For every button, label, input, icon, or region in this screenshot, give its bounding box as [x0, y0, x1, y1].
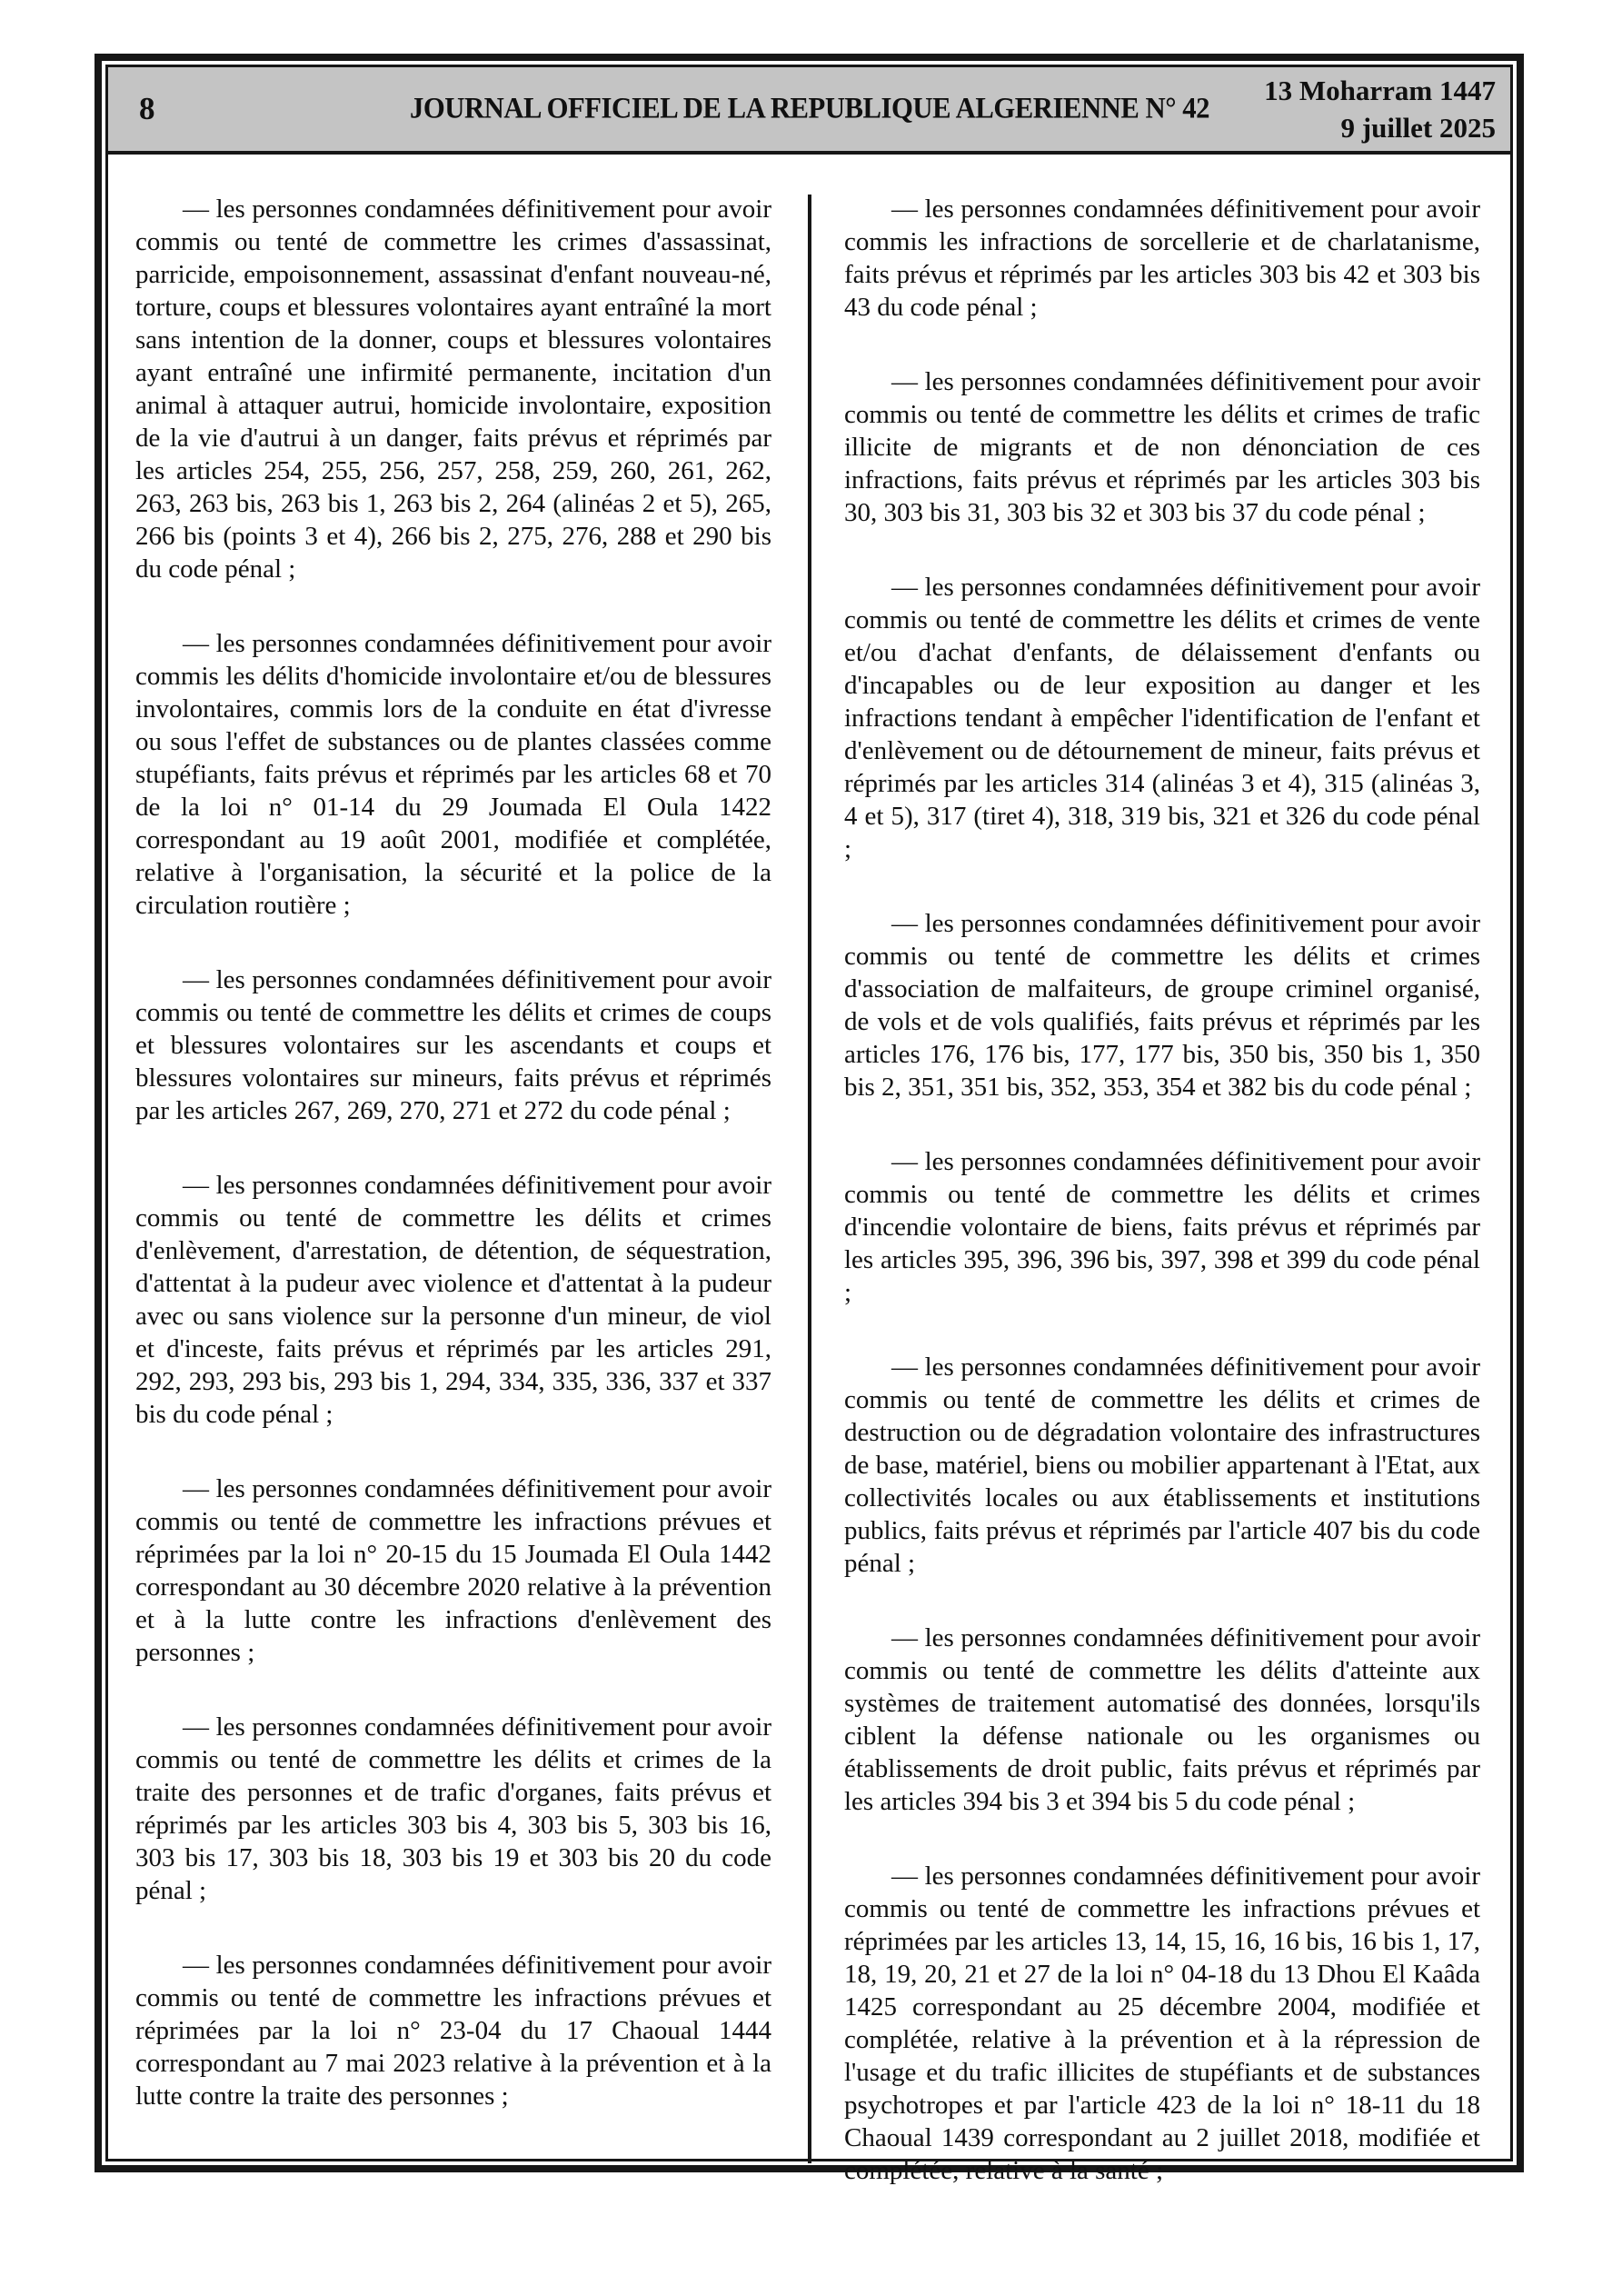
page-number: 8 [139, 91, 155, 127]
paragraph-stupefiants-sante: — les personnes condamnées définitivemen… [844, 1860, 1480, 2187]
masthead: 8 JOURNAL OFFICIEL DE LA REPUBLIQUE ALGE… [108, 67, 1510, 155]
left-column: — les personnes condamnées définitivemen… [135, 193, 771, 2187]
journal-title: JOURNAL OFFICIEL DE LA REPUBLIQUE ALGERI… [409, 93, 1209, 126]
paragraph-atteinte-systemes: — les personnes condamnées définitivemen… [844, 1622, 1480, 1818]
paragraph-enlevement-sequestration: — les personnes condamnées définitivemen… [135, 1169, 771, 1431]
paragraph-incendie-volontaire: — les personnes condamnées définitivemen… [844, 1145, 1480, 1309]
journal-page: 8 JOURNAL OFFICIEL DE LA REPUBLIQUE ALGE… [0, 0, 1622, 2296]
paragraph-loi-20-15: — les personnes condamnées définitivemen… [135, 1472, 771, 1669]
issue-dates: 13 Moharram 1447 9 juillet 2025 [1264, 72, 1496, 146]
paragraph-sorcellerie: — les personnes condamnées définitivemen… [844, 193, 1480, 324]
date-hijri: 13 Moharram 1447 [1264, 72, 1496, 109]
paragraph-homicide-involontaire: — les personnes condamnées définitivemen… [135, 627, 771, 922]
paragraph-crimes-assassinat: — les personnes condamnées définitivemen… [135, 193, 771, 585]
paragraph-destruction-infrastructures: — les personnes condamnées définitivemen… [844, 1351, 1480, 1580]
paragraph-association-malfaiteurs: — les personnes condamnées définitivemen… [844, 907, 1480, 1103]
paragraph-trafic-migrants: — les personnes condamnées définitivemen… [844, 365, 1480, 529]
paragraph-coups-blessures: — les personnes condamnées définitivemen… [135, 963, 771, 1127]
paragraph-vente-achat-enfants: — les personnes condamnées définitivemen… [844, 571, 1480, 865]
date-gregorian: 9 juillet 2025 [1264, 109, 1496, 146]
paragraph-traite-organes: — les personnes condamnées définitivemen… [135, 1711, 771, 1907]
paragraph-loi-23-04: — les personnes condamnées définitivemen… [135, 1949, 771, 2112]
page-content: — les personnes condamnées définitivemen… [108, 155, 1510, 2187]
right-column: — les personnes condamnées définitivemen… [844, 193, 1480, 2187]
page-frame: 8 JOURNAL OFFICIEL DE LA REPUBLIQUE ALGE… [95, 54, 1524, 2172]
page-frame-inner: 8 JOURNAL OFFICIEL DE LA REPUBLIQUE ALGE… [105, 65, 1513, 2161]
column-divider-rule [808, 195, 811, 2163]
